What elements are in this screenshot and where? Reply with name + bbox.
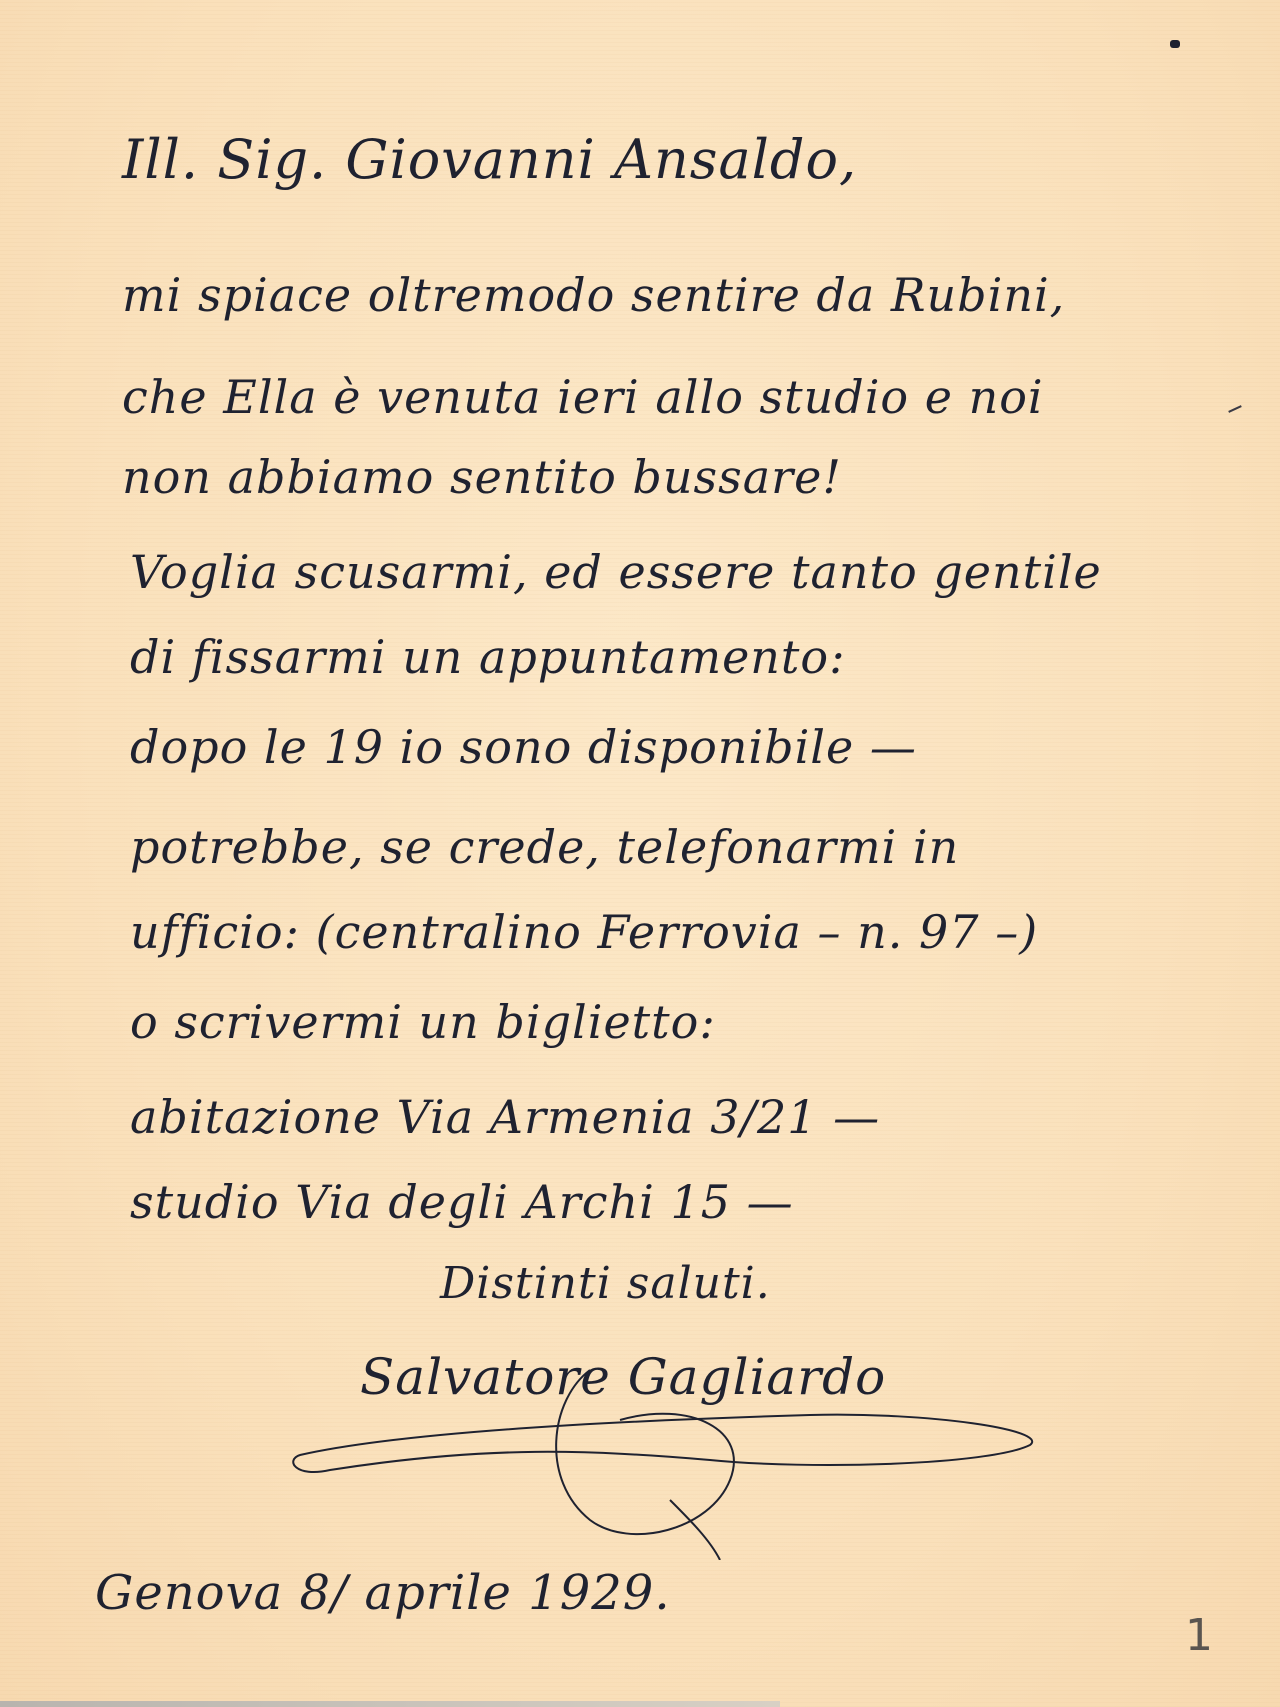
ink-blot: [1170, 40, 1180, 48]
scan-edge: [0, 1701, 780, 1707]
body-line: o scrivermi un biglietto:: [130, 995, 716, 1049]
stray-pen-mark: [1228, 405, 1242, 413]
salutation: Ill. Sig. Giovanni Ansaldo,: [122, 128, 857, 191]
body-line: di fissarmi un appuntamento:: [130, 630, 846, 684]
closing: Distinti saluti.: [440, 1258, 771, 1309]
body-line: studio Via degli Archi 15 —: [130, 1175, 794, 1229]
dateline: Genova 8/ aprile 1929.: [95, 1565, 671, 1621]
body-line: abitazione Via Armenia 3/21 —: [130, 1090, 880, 1144]
page-number: 1: [1185, 1610, 1213, 1661]
letter-page: Ill. Sig. Giovanni Ansaldo, mi spiace ol…: [0, 0, 1280, 1707]
body-line: dopo le 19 io sono disponibile —: [130, 720, 917, 774]
body-line: non abbiamo sentito bussare!: [122, 450, 842, 504]
body-line: ufficio: (centralino Ferrovia – n. 97 –): [130, 905, 1038, 959]
body-line: potrebbe, se crede, telefonarmi in: [130, 820, 959, 874]
body-line: che Ella è venuta ieri allo studio e noi: [122, 370, 1044, 424]
signature-flourish-icon: [290, 1360, 1070, 1560]
body-line: Voglia scusarmi, ed essere tanto gentile: [130, 545, 1102, 599]
body-line: mi spiace oltremodo sentire da Rubini,: [122, 268, 1065, 322]
